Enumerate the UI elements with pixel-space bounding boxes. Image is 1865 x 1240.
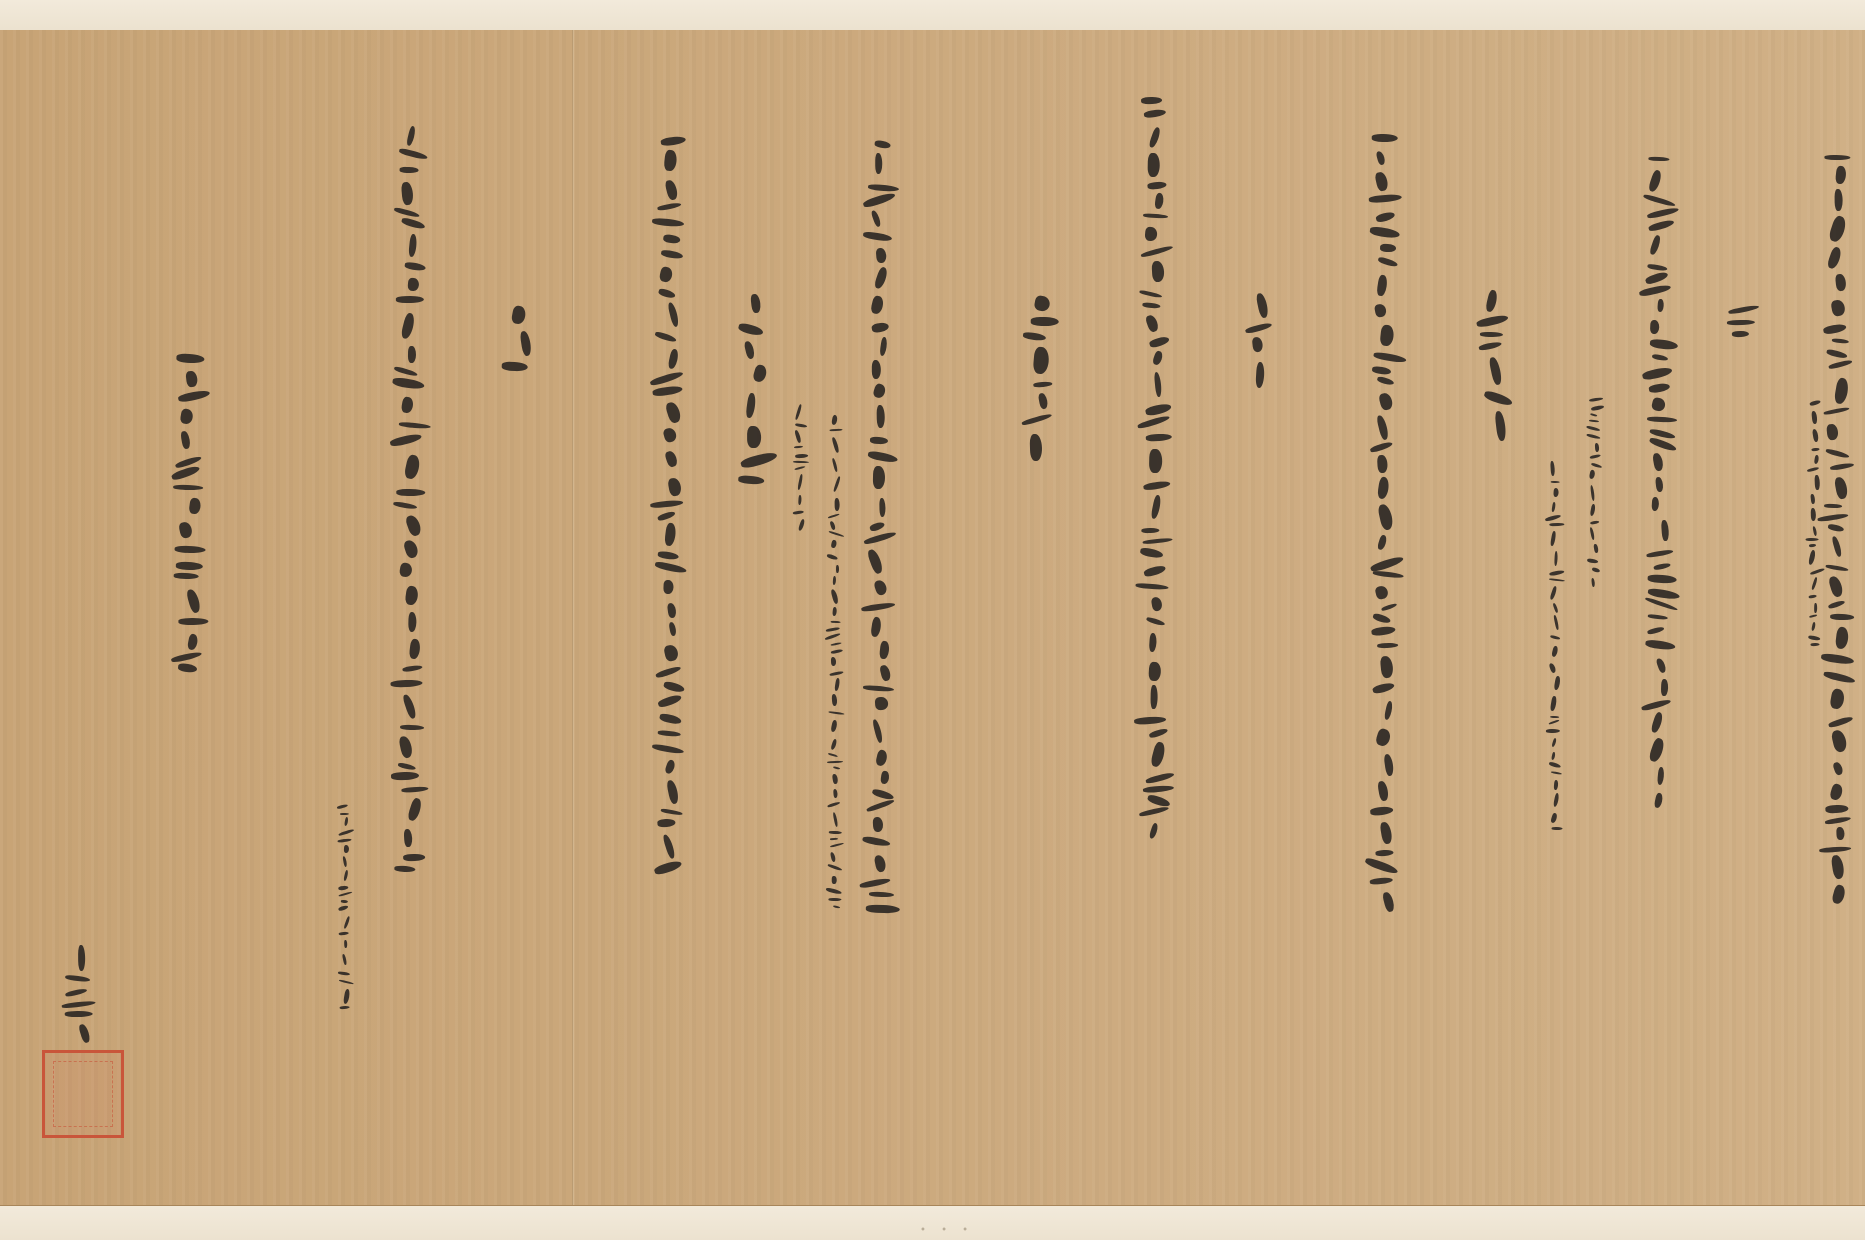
brush-stroke bbox=[652, 218, 685, 228]
brush-stroke bbox=[1590, 485, 1595, 501]
brush-stroke bbox=[1590, 414, 1598, 418]
brush-stroke bbox=[1141, 528, 1159, 534]
brush-stroke bbox=[1376, 414, 1390, 440]
brush-stroke bbox=[1033, 381, 1052, 388]
brush-stroke bbox=[393, 366, 418, 378]
brush-stroke bbox=[65, 1011, 93, 1017]
brush-stroke bbox=[408, 346, 416, 363]
brush-stroke bbox=[1551, 716, 1560, 718]
brush-stroke bbox=[338, 885, 348, 890]
brush-stroke bbox=[1554, 780, 1559, 790]
brush-stroke bbox=[1549, 696, 1556, 712]
brush-stroke bbox=[827, 801, 841, 808]
brush-stroke bbox=[1146, 433, 1172, 442]
calligraphy-column-verse bbox=[863, 135, 897, 1155]
brush-stroke bbox=[863, 191, 897, 209]
brush-stroke bbox=[178, 520, 193, 538]
brush-stroke bbox=[653, 859, 683, 876]
brush-stroke bbox=[176, 353, 205, 363]
brush-stroke bbox=[1549, 523, 1564, 527]
brush-stroke bbox=[655, 665, 681, 679]
brush-stroke bbox=[661, 808, 683, 816]
brush-stroke bbox=[1647, 626, 1665, 636]
brush-stroke bbox=[1592, 577, 1596, 586]
brush-stroke bbox=[832, 607, 837, 616]
brush-stroke bbox=[738, 323, 764, 338]
brush-stroke bbox=[1143, 785, 1175, 793]
brush-stroke bbox=[830, 843, 844, 849]
brush-stroke bbox=[1811, 447, 1820, 451]
brush-stroke bbox=[1370, 440, 1394, 453]
brush-stroke bbox=[1551, 501, 1556, 511]
brush-stroke bbox=[830, 540, 837, 549]
brush-stroke bbox=[661, 249, 684, 259]
brush-stroke bbox=[1149, 336, 1170, 350]
brush-stroke bbox=[1814, 603, 1817, 613]
calligraphy-column-verse bbox=[653, 130, 687, 1150]
brush-stroke bbox=[1827, 524, 1844, 533]
brush-stroke bbox=[1835, 273, 1847, 291]
brush-stroke bbox=[1154, 193, 1165, 210]
scroll-paper bbox=[0, 30, 1865, 1205]
brush-stroke bbox=[663, 580, 674, 594]
brush-stroke bbox=[1808, 635, 1820, 640]
brush-stroke bbox=[1835, 626, 1850, 649]
brush-stroke bbox=[62, 1000, 96, 1009]
brush-stroke bbox=[1033, 347, 1051, 376]
brush-stroke bbox=[1021, 413, 1052, 427]
brush-stroke bbox=[1647, 737, 1665, 764]
brush-stroke bbox=[828, 864, 844, 872]
brush-stroke bbox=[1552, 603, 1558, 613]
brush-stroke bbox=[337, 838, 351, 843]
brush-stroke bbox=[829, 521, 836, 531]
brush-stroke bbox=[402, 664, 422, 672]
brush-stroke bbox=[401, 396, 415, 414]
brush-stroke bbox=[1479, 332, 1502, 337]
brush-stroke bbox=[1647, 263, 1668, 271]
brush-stroke bbox=[342, 954, 347, 966]
brush-stroke bbox=[170, 464, 200, 481]
brush-stroke bbox=[1372, 681, 1395, 694]
brush-stroke bbox=[879, 337, 888, 357]
brush-stroke bbox=[1372, 612, 1391, 624]
brush-stroke bbox=[1825, 816, 1851, 825]
brush-stroke bbox=[828, 513, 840, 519]
brush-stroke bbox=[828, 711, 844, 715]
brush-stroke bbox=[1650, 711, 1664, 733]
brush-stroke bbox=[1148, 661, 1161, 681]
calligraphy-column-verse bbox=[1138, 90, 1172, 1145]
brush-stroke bbox=[1827, 214, 1847, 242]
brush-stroke bbox=[409, 233, 419, 256]
brush-stroke bbox=[1140, 97, 1161, 105]
brush-stroke bbox=[1488, 356, 1502, 385]
brush-stroke bbox=[1372, 134, 1398, 142]
brush-stroke bbox=[173, 485, 203, 490]
brush-stroke bbox=[1814, 475, 1819, 491]
brush-stroke bbox=[664, 179, 678, 201]
brush-stroke bbox=[390, 679, 423, 687]
brush-stroke bbox=[662, 233, 680, 243]
brush-stroke bbox=[405, 586, 419, 606]
brush-stroke bbox=[1652, 452, 1664, 471]
brush-stroke bbox=[794, 446, 803, 449]
brush-stroke bbox=[1589, 419, 1599, 422]
brush-stroke bbox=[875, 696, 889, 710]
brush-stroke bbox=[409, 639, 421, 660]
brush-stroke bbox=[1649, 234, 1662, 255]
brush-stroke bbox=[1657, 767, 1665, 786]
brush-stroke bbox=[1369, 226, 1400, 239]
brush-stroke bbox=[1023, 331, 1047, 341]
calligraphy-column-heading bbox=[501, 300, 539, 410]
brush-stroke bbox=[338, 931, 349, 935]
brush-stroke bbox=[833, 576, 837, 585]
mount-marks: • • • bbox=[920, 1225, 974, 1236]
brush-stroke bbox=[826, 627, 840, 633]
brush-stroke bbox=[1378, 392, 1394, 411]
brush-stroke bbox=[402, 539, 419, 559]
brush-stroke bbox=[872, 360, 881, 379]
brush-stroke bbox=[1143, 538, 1173, 546]
brush-stroke bbox=[406, 126, 417, 147]
brush-stroke bbox=[1650, 320, 1660, 335]
brush-stroke bbox=[1552, 752, 1557, 761]
brush-stroke bbox=[1834, 476, 1849, 500]
brush-stroke bbox=[78, 945, 85, 971]
brush-stroke bbox=[743, 340, 755, 359]
brush-stroke bbox=[1830, 299, 1845, 317]
brush-stroke bbox=[1827, 423, 1840, 440]
brush-stroke bbox=[1828, 574, 1845, 598]
brush-stroke bbox=[398, 736, 414, 760]
brush-stroke bbox=[750, 294, 761, 314]
brush-stroke bbox=[1826, 348, 1848, 359]
brush-stroke bbox=[399, 563, 413, 578]
brush-stroke bbox=[1553, 615, 1559, 630]
brush-stroke bbox=[831, 642, 843, 646]
brush-stroke bbox=[880, 771, 890, 785]
calligraphy-column-verse bbox=[393, 120, 427, 1115]
brush-stroke bbox=[1029, 433, 1042, 461]
brush-stroke bbox=[1380, 243, 1396, 251]
brush-stroke bbox=[1732, 331, 1749, 338]
brush-stroke bbox=[1375, 850, 1393, 857]
brush-stroke bbox=[1811, 642, 1821, 646]
brush-stroke bbox=[1377, 534, 1388, 551]
brush-stroke bbox=[1653, 562, 1670, 570]
brush-stroke bbox=[1383, 753, 1394, 775]
brush-stroke bbox=[1639, 283, 1671, 297]
brush-stroke bbox=[663, 644, 679, 662]
brush-stroke bbox=[1833, 377, 1849, 404]
brush-stroke bbox=[1832, 761, 1844, 776]
brush-stroke bbox=[1551, 481, 1560, 483]
brush-stroke bbox=[1148, 126, 1161, 148]
brush-stroke bbox=[657, 288, 675, 300]
brush-stroke bbox=[1647, 206, 1679, 219]
brush-stroke bbox=[1831, 884, 1847, 906]
brush-stroke bbox=[868, 184, 900, 192]
brush-stroke bbox=[1550, 635, 1561, 641]
brush-stroke bbox=[1483, 390, 1514, 408]
brush-stroke bbox=[343, 916, 350, 929]
brush-stroke bbox=[833, 766, 841, 770]
brush-stroke bbox=[1147, 793, 1172, 808]
brush-stroke bbox=[401, 786, 428, 793]
brush-stroke bbox=[1825, 155, 1851, 160]
brush-stroke bbox=[1647, 614, 1668, 621]
brush-stroke bbox=[1149, 741, 1166, 768]
brush-stroke bbox=[338, 891, 352, 897]
brush-stroke bbox=[341, 900, 349, 903]
brush-stroke bbox=[1829, 782, 1844, 800]
brush-stroke bbox=[1137, 414, 1171, 430]
brush-stroke bbox=[174, 573, 199, 579]
brush-stroke bbox=[1590, 520, 1600, 524]
brush-stroke bbox=[657, 510, 676, 522]
brush-stroke bbox=[873, 465, 885, 488]
brush-stroke bbox=[401, 217, 426, 231]
brush-stroke bbox=[1826, 564, 1849, 572]
brush-stroke bbox=[1546, 729, 1560, 733]
brush-stroke bbox=[662, 426, 678, 443]
calligraphy-column-verse bbox=[1368, 125, 1402, 1165]
brush-stroke bbox=[871, 616, 883, 637]
brush-stroke bbox=[1382, 891, 1395, 912]
brush-stroke bbox=[1647, 416, 1677, 422]
brush-stroke bbox=[1589, 469, 1596, 479]
brush-stroke bbox=[1145, 772, 1174, 786]
brush-stroke bbox=[1647, 587, 1680, 600]
brush-stroke bbox=[1811, 494, 1816, 504]
brush-stroke bbox=[1835, 189, 1843, 211]
brush-stroke bbox=[831, 458, 837, 472]
brush-stroke bbox=[665, 779, 679, 804]
brush-stroke bbox=[834, 678, 840, 692]
brush-stroke bbox=[1551, 771, 1562, 775]
brush-stroke bbox=[1831, 855, 1846, 881]
brush-stroke bbox=[831, 720, 839, 733]
brush-stroke bbox=[1830, 614, 1854, 620]
brush-stroke bbox=[403, 454, 421, 481]
brush-stroke bbox=[1140, 244, 1173, 258]
brush-stroke bbox=[1590, 504, 1596, 516]
brush-stroke bbox=[1154, 372, 1163, 398]
brush-stroke bbox=[867, 548, 885, 575]
brush-stroke bbox=[404, 261, 425, 271]
brush-stroke bbox=[866, 798, 895, 813]
brush-stroke bbox=[408, 277, 420, 291]
brush-stroke bbox=[1134, 715, 1166, 724]
brush-stroke bbox=[340, 812, 349, 814]
red-seal-stamp bbox=[42, 1050, 124, 1138]
brush-stroke bbox=[652, 744, 684, 755]
brush-stroke bbox=[510, 305, 526, 325]
brush-stroke bbox=[519, 331, 531, 357]
brush-stroke bbox=[1648, 382, 1670, 394]
brush-stroke bbox=[873, 854, 887, 872]
brush-stroke bbox=[1143, 480, 1171, 491]
brush-stroke bbox=[657, 730, 680, 737]
brush-stroke bbox=[832, 694, 838, 706]
brush-stroke bbox=[397, 762, 416, 771]
brush-stroke bbox=[1831, 338, 1848, 344]
brush-stroke bbox=[1648, 169, 1664, 193]
brush-stroke bbox=[1549, 662, 1557, 673]
calligraphy-column-heading bbox=[736, 285, 774, 535]
brush-stroke bbox=[1033, 295, 1050, 312]
brush-stroke bbox=[1484, 289, 1498, 313]
brush-stroke bbox=[345, 817, 350, 826]
brush-stroke bbox=[1836, 827, 1845, 841]
brush-stroke bbox=[1660, 679, 1667, 696]
brush-stroke bbox=[832, 414, 839, 425]
brush-stroke bbox=[799, 495, 803, 505]
calligraphy-column-heading bbox=[1728, 300, 1762, 380]
brush-stroke bbox=[177, 389, 210, 404]
brush-stroke bbox=[1649, 338, 1678, 350]
brush-stroke bbox=[798, 519, 806, 531]
brush-stroke bbox=[1810, 567, 1825, 575]
brush-stroke bbox=[389, 432, 422, 448]
brush-stroke bbox=[1595, 443, 1600, 452]
brush-stroke bbox=[657, 202, 682, 212]
brush-stroke bbox=[830, 838, 838, 841]
brush-stroke bbox=[1550, 812, 1558, 823]
brush-stroke bbox=[1369, 877, 1392, 885]
brush-stroke bbox=[1809, 399, 1820, 405]
brush-stroke bbox=[1377, 503, 1395, 531]
brush-stroke bbox=[1647, 548, 1675, 558]
brush-stroke bbox=[831, 876, 836, 885]
brush-stroke bbox=[1146, 617, 1166, 627]
brush-stroke bbox=[752, 363, 768, 382]
brush-stroke bbox=[1142, 302, 1160, 309]
brush-stroke bbox=[1139, 547, 1163, 559]
calligraphy-column-annotation bbox=[1587, 395, 1603, 690]
brush-stroke bbox=[1645, 639, 1676, 651]
brush-stroke bbox=[795, 403, 802, 419]
seal-inner-glyph bbox=[53, 1061, 113, 1127]
brush-stroke bbox=[399, 167, 418, 174]
brush-stroke bbox=[344, 940, 347, 948]
brush-stroke bbox=[400, 312, 416, 339]
calligraphy-column-annotation bbox=[792, 400, 808, 590]
brush-stroke bbox=[65, 988, 88, 998]
brush-stroke bbox=[827, 553, 839, 560]
brush-stroke bbox=[833, 905, 841, 909]
calligraphy-column-heading bbox=[1021, 285, 1059, 525]
brush-stroke bbox=[659, 266, 674, 284]
brush-stroke bbox=[1151, 494, 1163, 519]
brush-stroke bbox=[1149, 727, 1169, 739]
brush-stroke bbox=[180, 431, 191, 450]
brush-stroke bbox=[869, 521, 886, 532]
brush-stroke bbox=[1656, 476, 1665, 492]
brush-stroke bbox=[398, 147, 428, 160]
brush-stroke bbox=[1152, 350, 1164, 366]
brush-stroke bbox=[1551, 645, 1559, 657]
brush-stroke bbox=[1145, 226, 1158, 241]
calligraphy-column-heading bbox=[1476, 285, 1514, 520]
brush-stroke bbox=[188, 497, 201, 514]
brush-stroke bbox=[667, 301, 680, 327]
brush-stroke bbox=[665, 401, 683, 425]
brush-stroke bbox=[1375, 210, 1395, 222]
brush-stroke bbox=[1806, 538, 1819, 541]
paper-seam bbox=[572, 30, 574, 1205]
brush-stroke bbox=[1549, 585, 1558, 600]
brush-stroke bbox=[1808, 550, 1817, 566]
brush-stroke bbox=[668, 621, 677, 636]
brush-stroke bbox=[65, 974, 91, 982]
brush-stroke bbox=[1377, 643, 1398, 648]
brush-stroke bbox=[1368, 194, 1401, 204]
brush-stroke bbox=[1642, 366, 1673, 381]
brush-stroke bbox=[1380, 655, 1394, 678]
brush-stroke bbox=[1809, 614, 1817, 618]
brush-stroke bbox=[1830, 462, 1855, 471]
brush-stroke bbox=[1652, 353, 1668, 361]
brush-stroke bbox=[795, 465, 806, 470]
brush-stroke bbox=[1823, 670, 1856, 684]
brush-stroke bbox=[338, 905, 349, 912]
brush-stroke bbox=[1826, 448, 1850, 459]
brush-stroke bbox=[1375, 728, 1393, 748]
brush-stroke bbox=[833, 476, 841, 492]
brush-stroke bbox=[870, 437, 888, 445]
brush-stroke bbox=[1380, 821, 1393, 844]
brush-stroke bbox=[1649, 437, 1678, 453]
brush-stroke bbox=[664, 150, 678, 172]
brush-stroke bbox=[338, 829, 354, 837]
brush-stroke bbox=[1647, 574, 1676, 584]
brush-stroke bbox=[404, 513, 422, 536]
brush-stroke bbox=[176, 561, 203, 570]
brush-stroke bbox=[795, 454, 808, 459]
brush-stroke bbox=[874, 267, 890, 290]
brush-stroke bbox=[872, 719, 884, 744]
brush-stroke bbox=[1811, 577, 1818, 590]
brush-stroke bbox=[1821, 653, 1855, 666]
brush-stroke bbox=[879, 641, 890, 660]
brush-stroke bbox=[1031, 317, 1059, 326]
brush-stroke bbox=[831, 657, 837, 666]
brush-stroke bbox=[1728, 304, 1760, 315]
brush-stroke bbox=[1586, 425, 1600, 432]
brush-stroke bbox=[1149, 449, 1162, 474]
brush-stroke bbox=[870, 294, 885, 314]
brush-stroke bbox=[1649, 157, 1670, 162]
brush-stroke bbox=[1245, 321, 1273, 334]
brush-stroke bbox=[344, 870, 350, 882]
brush-stroke bbox=[869, 892, 894, 898]
brush-stroke bbox=[866, 905, 900, 914]
brush-stroke bbox=[1549, 761, 1562, 768]
brush-stroke bbox=[1590, 526, 1596, 539]
brush-stroke bbox=[872, 788, 895, 801]
brush-stroke bbox=[399, 421, 432, 428]
brush-stroke bbox=[1824, 407, 1850, 416]
brush-stroke bbox=[1592, 567, 1600, 573]
brush-stroke bbox=[1590, 405, 1603, 411]
brush-stroke bbox=[794, 430, 801, 443]
brush-stroke bbox=[657, 551, 679, 560]
brush-stroke bbox=[1376, 150, 1387, 165]
brush-stroke bbox=[1550, 461, 1555, 476]
